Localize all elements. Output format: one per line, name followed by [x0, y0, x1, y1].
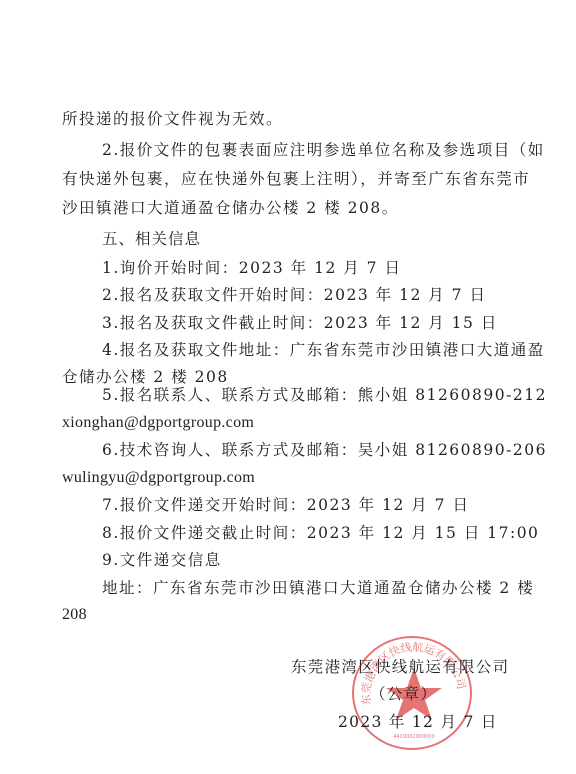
signature-seal-label: （公章）	[370, 682, 437, 704]
text-line: 6.技术咨询人、联系方式及邮箱：吴小姐 81260890-206	[102, 440, 547, 460]
text-line: 仓储办公楼 2 楼 208	[62, 367, 229, 387]
text-line: 208	[62, 605, 87, 625]
text-line: 2.报价文件的包裹表面应注明参选单位名称及参选项目（如	[102, 140, 545, 160]
svg-text:4419002000000: 4419002000000	[393, 734, 434, 740]
text-line: 1.询价开始时间：2023 年 12 月 7 日	[102, 258, 401, 278]
text-line: 9.文件递交信息	[102, 550, 222, 570]
text-line: 4.报名及获取文件地址：广东省东莞市沙田镇港口大道通盈	[102, 340, 545, 360]
text-line: 7.报价文件递交开始时间：2023 年 12 月 7 日	[102, 495, 469, 515]
text-line: wulingyu@dgportgroup.com	[62, 468, 255, 488]
text-line: 8.报价文件递交截止时间：2023 年 12 月 15 日 17:00	[102, 523, 539, 543]
section-heading: 五、相关信息	[102, 229, 201, 249]
text-line: 3.报名及获取文件截止时间：2023 年 12 月 15 日	[102, 313, 498, 333]
text-line: 有快递外包裹，应在快递外包裹上注明），并寄至广东省东莞市	[62, 169, 530, 189]
text-line: xionghan@dgportgroup.com	[62, 413, 254, 433]
text-line: 沙田镇港口大道通盈仓储办公楼 2 楼 208。	[62, 198, 399, 218]
text-line: 所投递的报价文件视为无效。	[62, 109, 283, 129]
signature-company: 东莞港湾区快线航运有限公司	[291, 655, 509, 677]
signature-date: 2023 年 12 月 7 日	[338, 710, 498, 732]
text-line: 2.报名及获取文件开始时间：2023 年 12 月 7 日	[102, 285, 486, 305]
text-line: 5.报名联系人、联系方式及邮箱：熊小姐 81260890-212	[102, 385, 547, 405]
text-line: 地址：广东省东莞市沙田镇港口大道通盈仓储办公楼 2 楼	[102, 578, 534, 598]
